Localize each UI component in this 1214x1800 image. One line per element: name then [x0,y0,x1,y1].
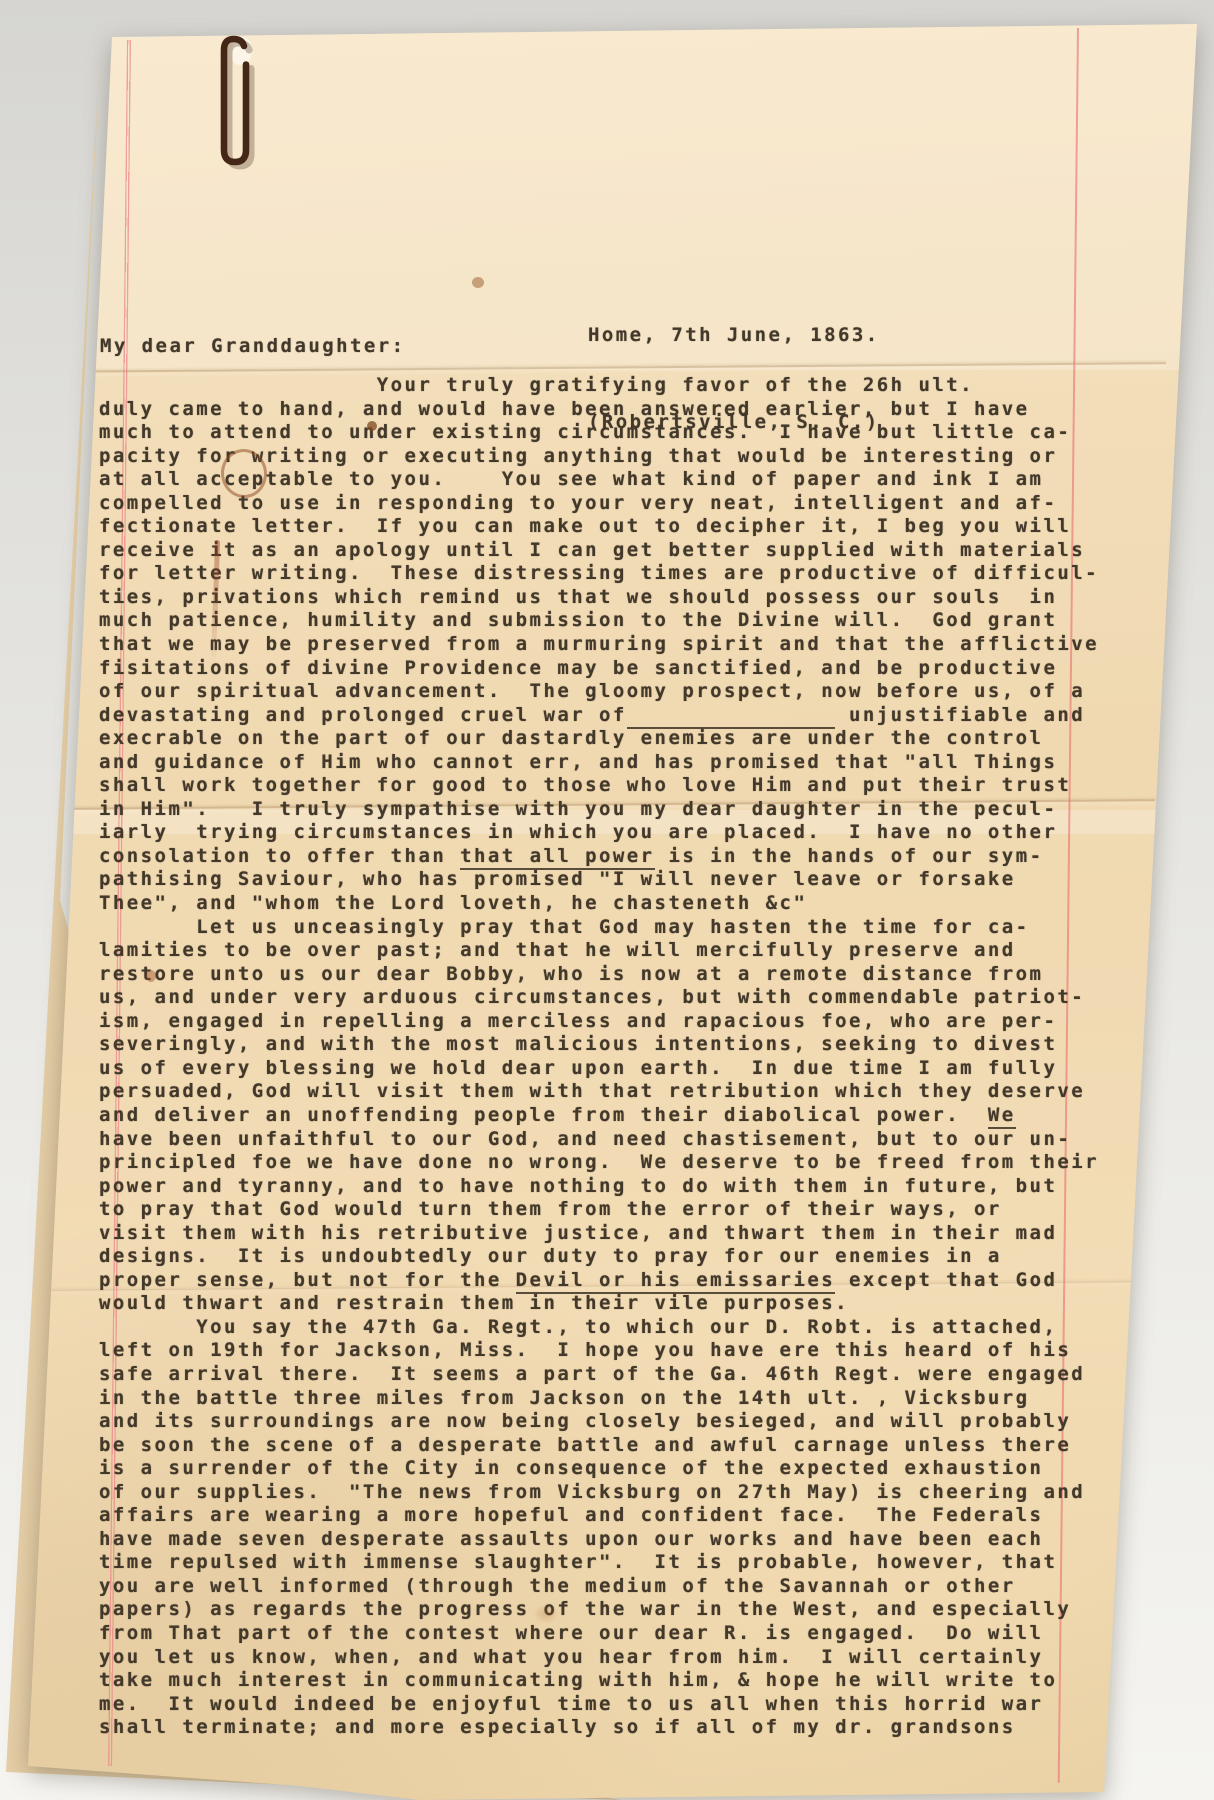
letter-line: papers) as regards the progress of the w… [99,1598,1099,1622]
salutation: My dear Granddaughter: [100,334,406,358]
letter-line: and guidance of Him who cannot err, and … [99,751,1099,775]
letter-line: to pray that God would turn them from th… [99,1198,1099,1222]
letter-line: you are well informed (through the mediu… [99,1575,1099,1599]
letter-line: have been unfaithful to our God, and nee… [99,1128,1099,1152]
letter-line: visit them with his retributive justice,… [99,1222,1099,1246]
letter-line: of our supplies. "The news from Vicksbur… [99,1481,1099,1505]
letter-sheet-wrap: Home, 7th June, 1863. (Robertsville, S. … [0,0,1214,1800]
letter-line: is a surrender of the City in consequenc… [99,1457,1099,1481]
letter-line: you let us know, when, and what you hear… [99,1646,1099,1670]
letter-line: pathising Saviour, who has promised "I w… [99,868,1099,892]
letter-line: fisitations of divine Providence may be … [99,657,1099,681]
letter-line: take much interest in communicating with… [99,1669,1099,1693]
letter-line: iarly trying circumstances in which you … [99,821,1099,845]
letter-line: and deliver an unoffending people from t… [99,1104,1099,1128]
letter-line: Thee", and "whom the Lord loveth, he cha… [99,892,1099,916]
letter-line: in Him". I truly sympathise with you my … [99,798,1099,822]
letter-line: ties, privations which remind us that we… [99,586,1099,610]
letter-line: of our spiritual advancement. The gloomy… [99,680,1099,704]
letter-line: persuaded, God will visit them with that… [99,1080,1099,1104]
letter-line: duly came to hand, and would have been a… [99,398,1099,422]
letter-sheet: Home, 7th June, 1863. (Robertsville, S. … [0,0,1214,1800]
letter-line: would thwart and restrain them in their … [99,1292,1099,1316]
letter-line: restore unto us our dear Bobby, who is n… [99,963,1099,987]
letter-line: for letter writing. These distressing ti… [99,562,1099,586]
letter-line: safe arrival there. It seems a part of t… [99,1363,1099,1387]
letter-line: left on 19th for Jackson, Miss. I hope y… [99,1339,1099,1363]
letter-line: in the battle three miles from Jackson o… [99,1387,1099,1411]
letter-line: at all acceptable to you. You see what k… [99,468,1099,492]
letter-line: execrable on the part of our dastardly e… [99,727,1099,751]
photo-background: Home, 7th June, 1863. (Robertsville, S. … [0,0,1214,1800]
letter-line: devastating and prolonged cruel war of u… [99,704,1099,728]
letter-line: fectionate letter. If you can make out t… [99,515,1099,539]
letter-line: time repulsed with immense slaughter". I… [99,1551,1099,1575]
paper-clip-icon [205,30,265,180]
spot-stain [472,277,484,288]
letter-line: compelled to use in responding to your v… [99,492,1099,516]
letter-line: me. It would indeed be enjoyful time to … [99,1693,1099,1717]
letter-line: You say the 47th Ga. Regt., to which our… [99,1316,1099,1340]
letter-line: designs. It is undoubtedly our duty to p… [99,1245,1099,1269]
letter-line: lamities to be over past; and that he wi… [99,939,1099,963]
letter-line: much patience, humility and submission t… [99,609,1099,633]
letter-line: shall terminate; and more especially so … [99,1716,1099,1740]
letter-line: from That part of the contest where our … [99,1622,1099,1646]
letter-line: us of every blessing we hold dear upon e… [99,1057,1099,1081]
letter-line: consolation to offer than that all power… [99,845,1099,869]
letter-line: shall work together for good to those wh… [99,774,1099,798]
letter-line: Let us unceasingly pray that God may has… [99,916,1099,940]
letter-line: be soon the scene of a desperate battle … [99,1434,1099,1458]
letter-line: and its surroundings are now being close… [99,1410,1099,1434]
letter-line: us, and under very arduous circumstances… [99,986,1099,1010]
letter-line: much to attend to under existing circums… [99,421,1099,445]
letter-line: principled foe we have done no wrong. We… [99,1151,1099,1175]
letter-line: pacity for writing or executing anything… [99,445,1099,469]
letter-line: receive it as an apology until I can get… [99,539,1099,563]
letter-body: Your truly gratifying favor of the 26h u… [99,374,1099,1740]
letter-line: have made seven desperate assaults upon … [99,1528,1099,1552]
letter-line: severingly, and with the most malicious … [99,1033,1099,1057]
letter-line: Your truly gratifying favor of the 26h u… [99,374,1099,398]
letter-line: ism, engaged in repelling a merciless an… [99,1010,1099,1034]
letter-line: power and tyranny, and to have nothing t… [99,1175,1099,1199]
dateline-place-date: Home, 7th June, 1863. [588,321,880,350]
letter-line: affairs are wearing a more hopeful and c… [99,1504,1099,1528]
letter-line: proper sense, but not for the Devil or h… [99,1269,1099,1293]
letter-line: that we may be preserved from a murmurin… [99,633,1099,657]
